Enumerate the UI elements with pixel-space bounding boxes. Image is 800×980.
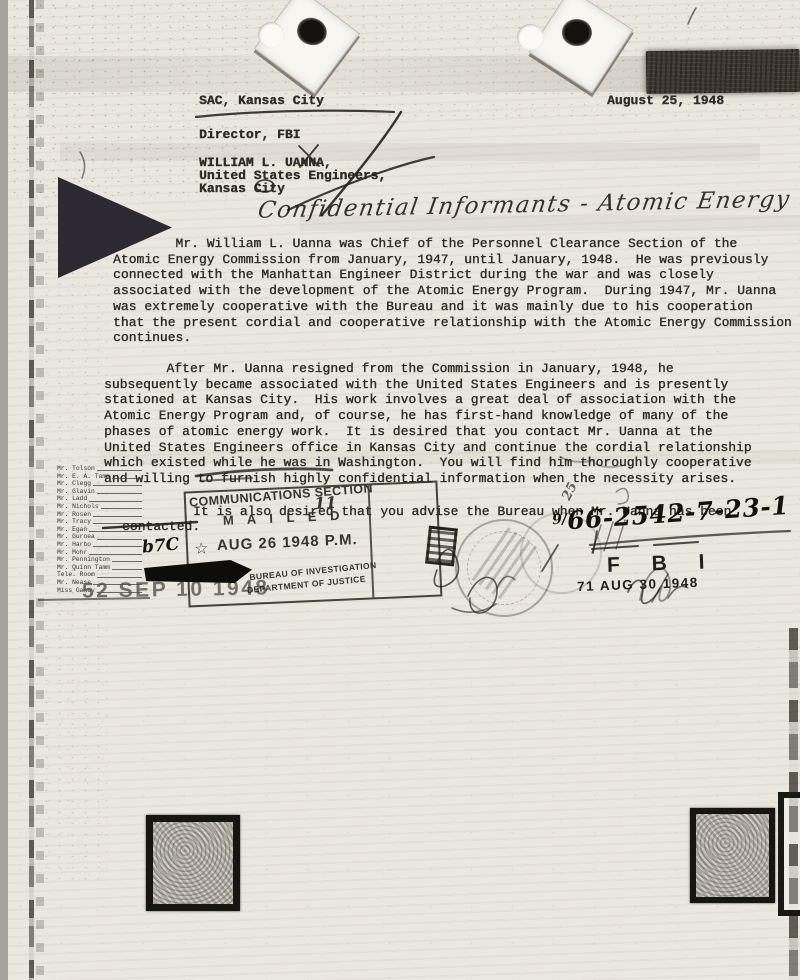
- subject-city: Kansas City: [199, 181, 285, 196]
- routing-name: Mr. Harbo: [57, 541, 91, 549]
- routing-name: Mr. Nichols: [57, 503, 99, 511]
- ink-blot: [562, 19, 592, 46]
- body-paragraph-2: After Mr. Uanna resigned from the Commis…: [104, 361, 752, 487]
- routing-list-item: Mr. Nichols: [57, 503, 143, 511]
- file-number-value: 66-2542-7-23-1: [566, 491, 790, 535]
- handwritten-file-number: 9/66-2542-7-23-1: [551, 491, 790, 536]
- routing-name: Mr. Ladd: [57, 495, 87, 503]
- routing-name: Mr. Pennington: [57, 556, 110, 564]
- routing-underline: [97, 539, 142, 540]
- routing-name: Tele. Room: [57, 571, 95, 579]
- routing-underline: [97, 470, 142, 471]
- scan-streak: [29, 0, 34, 980]
- routing-name: Mr. Egan: [57, 526, 87, 534]
- scan-left-edge: [0, 0, 8, 980]
- routing-name: Mr. Tracy: [57, 518, 91, 526]
- fbi-received-date: 71 AUG 30 1948: [577, 575, 699, 594]
- routing-name: Mr. E. A. Tamm: [57, 473, 110, 481]
- stamp-divider-line: [368, 485, 375, 597]
- routing-list-item: Mr. Quinn Tamm: [57, 564, 143, 572]
- routing-list-item: Mr. Pennington: [57, 556, 143, 564]
- routing-list-item: Tele. Room: [57, 571, 143, 579]
- routing-list-item: Mr. Harbo: [57, 541, 143, 549]
- foia-exemption-code: b7C: [141, 534, 180, 557]
- bottom-square-stamp: [690, 808, 775, 903]
- redaction-bar: [144, 560, 252, 583]
- routing-list-item: Mr. Tolson: [57, 465, 143, 473]
- scan-dark-band: [646, 49, 800, 94]
- routing-underline: [112, 478, 142, 479]
- routing-name: Mr. Glavin: [57, 488, 95, 496]
- routing-name: Mr. Mohr: [57, 549, 87, 557]
- scan-streak: [36, 0, 44, 980]
- routing-underline: [93, 516, 142, 517]
- routing-list-item: Mr. E. A. Tamm: [57, 473, 143, 481]
- routing-list-item: Mr. Clegg: [57, 480, 143, 488]
- file-number-prefix: 9/: [552, 511, 568, 528]
- bottom-square-stamp: [146, 815, 240, 911]
- routing-name: Mr. Clegg: [57, 480, 91, 488]
- routing-underline: [89, 554, 142, 555]
- scanned-memo-page: SAC, Kansas City August 25, 1948 Directo…: [0, 0, 800, 980]
- body-paragraph-3-line-2: contacted.: [122, 519, 200, 535]
- routing-name: Mr. Tolson: [57, 465, 95, 473]
- punch-hole: [258, 22, 284, 48]
- routing-underline: [101, 508, 142, 509]
- punch-hole: [517, 24, 543, 50]
- routing-underline: [112, 569, 142, 570]
- routing-underline: [89, 501, 142, 502]
- mailed-date: AUG 26 1948 P.M.: [217, 531, 358, 554]
- routing-underline: [93, 546, 142, 547]
- fbi-received-stamp: F B I: [607, 550, 718, 578]
- mailed-stamp-box: COMMUNICATIONS SECTION M A I L E D 11 ☆ …: [184, 481, 443, 608]
- routing-underline: [97, 493, 142, 494]
- sender-line: Director, FBI: [199, 127, 300, 142]
- star-icon: ☆: [194, 539, 209, 560]
- routing-underline: [93, 485, 142, 486]
- memo-date: August 25, 1948: [607, 93, 724, 108]
- routing-list-item: Mr. Glavin: [57, 488, 143, 496]
- routing-underline: [112, 561, 142, 562]
- routing-name: Mr. Rosen: [57, 511, 91, 519]
- routing-name: Mr. Quinn Tamm: [57, 564, 110, 572]
- routing-list-item: Mr. Rosen: [57, 511, 143, 519]
- routing-name: Mr. Gurnea: [57, 533, 95, 541]
- routing-list-item: Mr. Ladd: [57, 495, 143, 503]
- scan-streak: [789, 628, 798, 980]
- small-box-stamp: [425, 526, 458, 567]
- addressee-line: SAC, Kansas City: [199, 93, 324, 108]
- routing-underline: [97, 577, 142, 578]
- routing-list-item: Mr. Mohr: [57, 549, 143, 557]
- body-paragraph-1: Mr. William L. Uanna was Chief of the Pe…: [113, 236, 792, 346]
